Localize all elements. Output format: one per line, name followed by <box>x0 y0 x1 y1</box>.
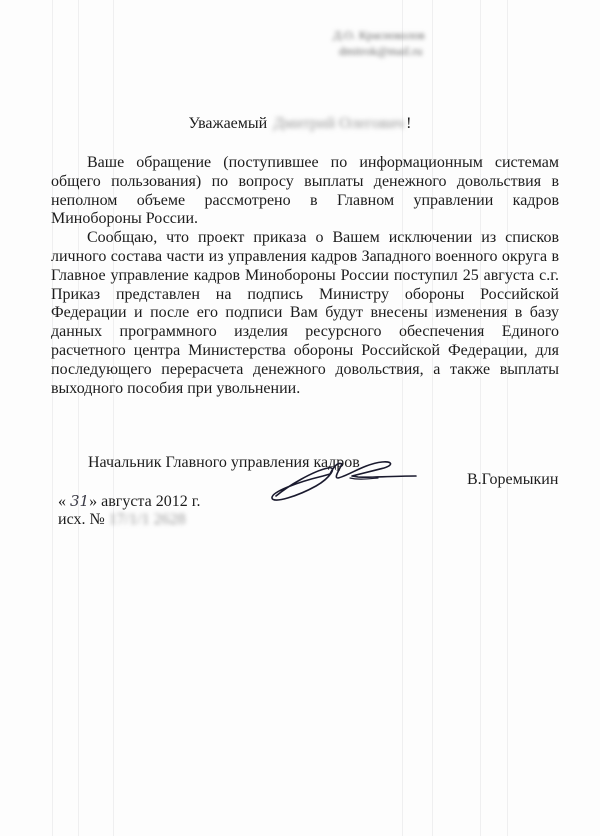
greeting-name-redacted: Дмитрий Олегович <box>271 114 406 134</box>
reference-number-line: исх. № 17/1/1 2628 <box>58 510 186 530</box>
paragraph-1: Ваше обращение (поступившее по информаци… <box>51 154 559 229</box>
greeting-suffix: ! <box>406 115 411 132</box>
letter-date: « 31» августа 2012 г. <box>58 491 200 512</box>
addressee-email: dmitrok@mail.ru <box>333 43 483 59</box>
greeting-line: Уважаемый Дмитрий Олегович! <box>0 114 600 134</box>
date-month-year: августа 2012 г. <box>101 493 200 510</box>
letter-body: Ваше обращение (поступившее по информаци… <box>51 154 559 398</box>
greeting-prefix: Уважаемый <box>189 115 268 132</box>
paragraph-2: Сообщаю, что проект приказа о Вашем искл… <box>51 229 559 398</box>
date-open-quote: « <box>58 493 66 510</box>
signatory-name: В.Горемыкин <box>467 470 558 490</box>
date-close-quote: » <box>89 493 97 510</box>
reference-number-redacted: 17/1/1 2628 <box>109 510 186 530</box>
date-day-handwritten: 31 <box>70 492 89 510</box>
handwritten-signature-icon <box>268 456 418 506</box>
addressee-block-redacted: Д.О. Красноколов dmitrok@mail.ru <box>333 27 483 59</box>
reference-label: исх. № <box>58 511 105 528</box>
addressee-name: Д.О. Красноколов <box>333 27 483 43</box>
letter-page: Д.О. Красноколов dmitrok@mail.ru Уважаем… <box>0 0 600 836</box>
